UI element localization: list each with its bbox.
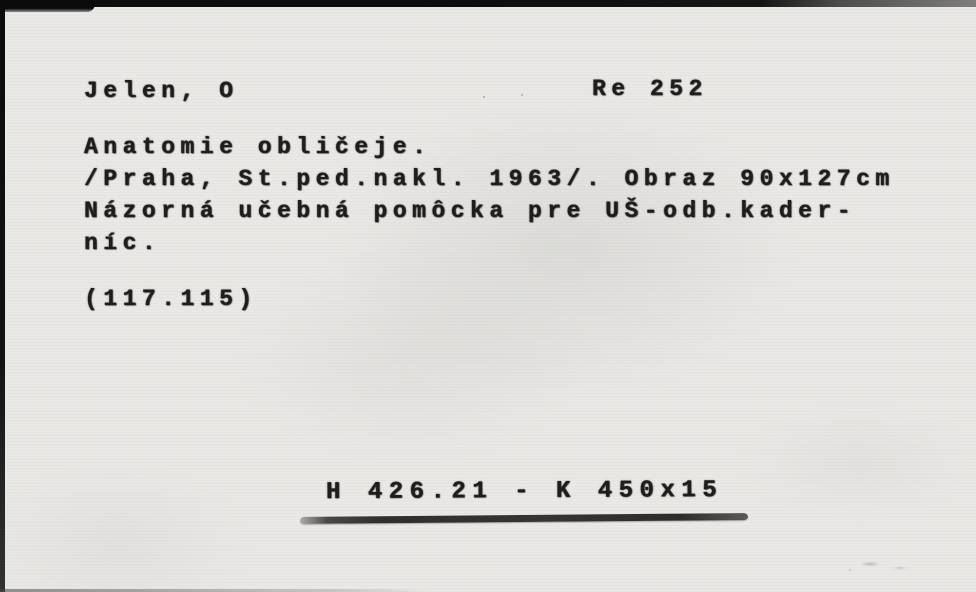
shelf-mark-underline xyxy=(300,513,748,524)
title-line: Anatomie obličeje. xyxy=(84,134,431,160)
top-edge-artifact xyxy=(0,0,976,7)
left-edge-artifact xyxy=(0,0,5,592)
classification-number: (117.115) xyxy=(84,286,258,312)
imprint-line: /Praha, St.ped.nakl. 1963/. Obraz 90x127… xyxy=(84,166,895,192)
top-left-edge-artifact xyxy=(0,0,95,12)
shelf-mark: H 426.21 - K 450x15 xyxy=(326,477,723,506)
ink-specks xyxy=(478,92,530,102)
catalog-card-scan: Jelen, O Re 252 Anatomie obličeje. /Prah… xyxy=(0,0,976,592)
signature-number: Re 252 xyxy=(592,76,708,102)
note-line-2: níc. xyxy=(84,230,161,256)
author-heading: Jelen, O xyxy=(84,78,238,104)
note-line-1: Názorná učebná pomôcka pre UŠ-odb.kader- xyxy=(84,198,856,224)
paper-smudge xyxy=(840,556,930,576)
